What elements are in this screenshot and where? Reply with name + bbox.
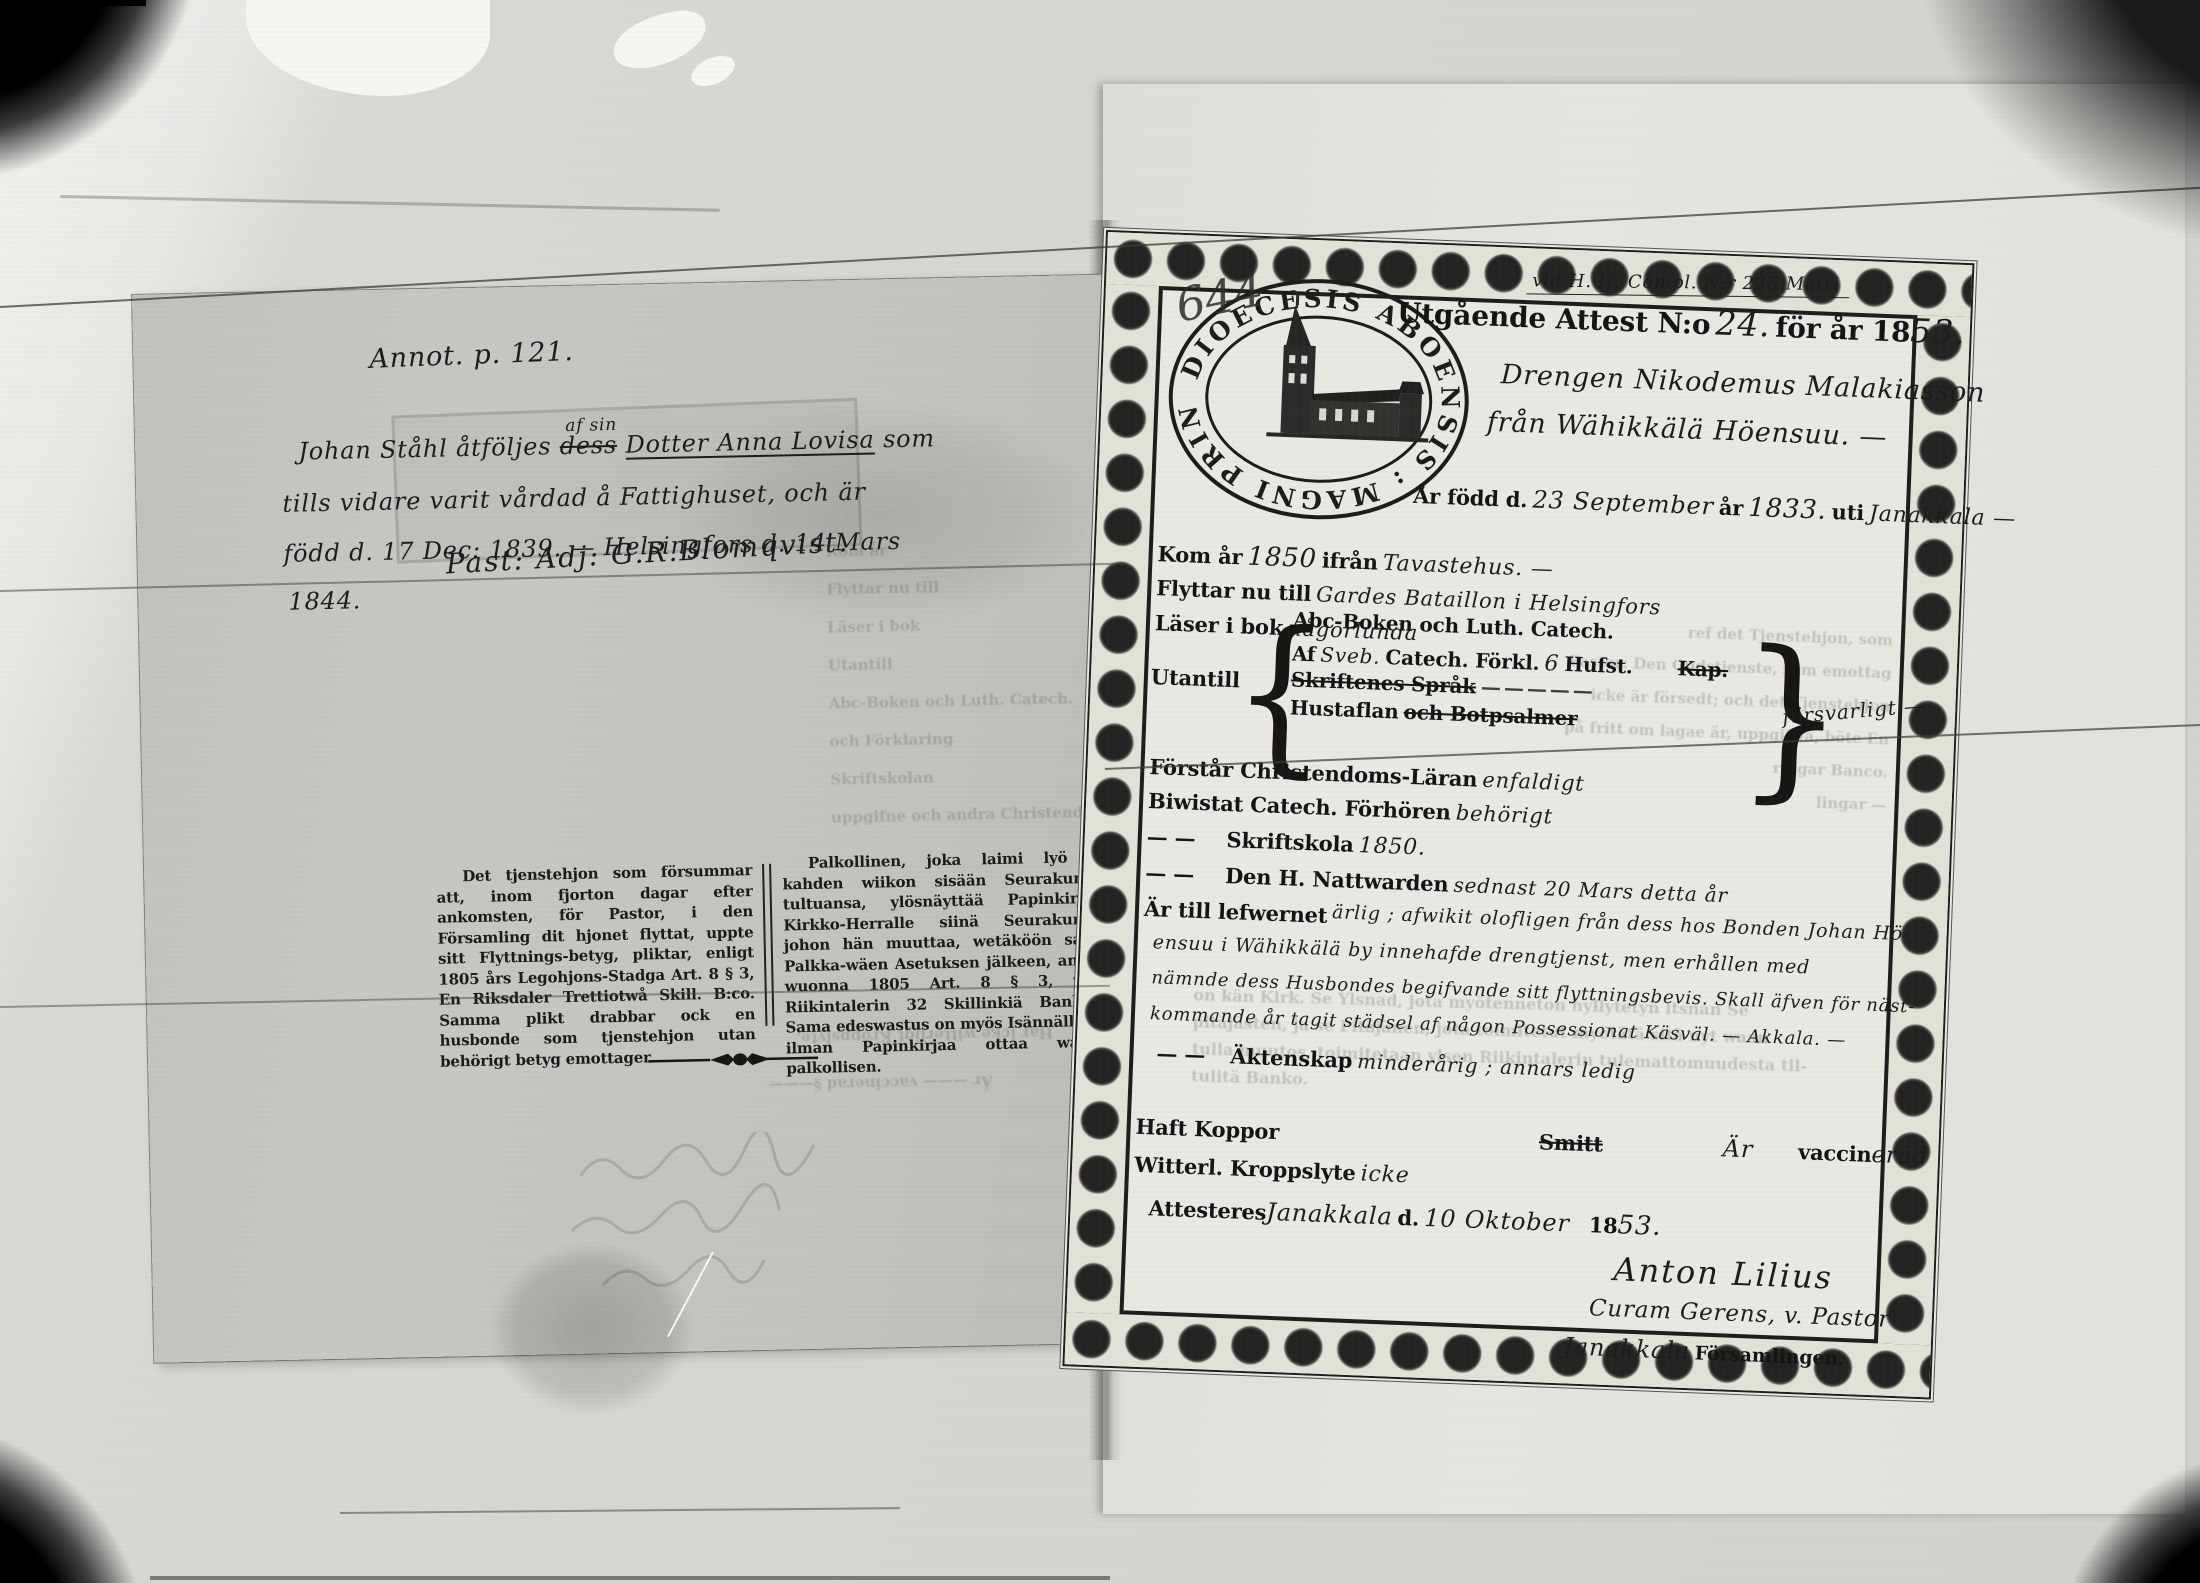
koppor-label: Haft Koppor [1135,1114,1279,1144]
attesteres-place: Janakkala [1266,1198,1393,1231]
born-year: 1833. [1748,493,1828,526]
person-line-2: från Wähikkälä Höensuu. — [1486,407,1888,453]
bleed-line: Utantill [828,650,1119,694]
bleed-line: och Förklaring [829,726,1120,770]
bleed-line: uppgifne och andra Christend. [831,802,1122,846]
kroppslyte-value: icke [1360,1161,1410,1188]
aktenskap-dashes: — — [1156,1040,1206,1067]
vaccin-pre: Är [1722,1134,1753,1163]
kroppslyte-line: Witterl. Kroppslyte icke [1134,1152,1410,1189]
bleed-line: Abc-Boken och Luth. Catech. [829,688,1120,732]
kom-label: Kom år [1157,541,1243,569]
utantill-label: Utantill [1150,664,1240,692]
lefwernet-hw-1: ärlig ; afwikit olofligen från dess hos … [1332,901,1911,945]
kom-year: 1850 [1247,542,1317,575]
bleed-line: Flyttar nu till [826,574,1117,618]
ut4-pre: Hustaflan [1289,695,1399,723]
nattward-value: sednast 20 Mars detta år [1453,873,1728,908]
attesteres-label: Attesteres [1148,1195,1267,1225]
page-bottom-shadow [150,1576,1110,1580]
ornament-divider [648,1049,818,1071]
header-annotation: vid H. H. Compl. N:r 225 Matti [1526,270,1849,298]
signature-parish: Församlingen. [1694,1342,1844,1370]
skriftskola-value: 1850. [1358,833,1426,861]
attesteres-date: 10 Oktober [1424,1204,1570,1238]
bleedthrough-form-labels: Kom årFlyttar nu tillLäser i bokUtantill… [825,536,1121,846]
torn-spot-small [687,50,740,92]
note-line-4: 1844. [288,586,361,616]
lefwernet-label: Är till lefwernet [1144,896,1328,928]
attesteres-pre: 18 [1588,1212,1618,1238]
born-label-2: år [1718,495,1743,521]
kom-mid: ifrån [1321,547,1378,574]
kroppslyte-label: Witterl. Kroppslyte [1134,1152,1356,1185]
biwistat-value: behörigt [1455,801,1553,829]
skriftskola-label: Skriftskola [1226,827,1354,857]
born-day: 23 September [1532,486,1714,521]
skriftskola-line: — — Skriftskola 1850. [1146,824,1426,861]
note-line1-post: som [883,424,936,453]
statute-swedish-text: Det tjenstehjon som försummar att, inom … [436,860,756,1072]
aktenskap-label: Äktenskap [1230,1043,1353,1073]
bleed-line: Läser i bok [827,612,1118,656]
smitt-label-struck: Smitt [1539,1129,1604,1156]
ut2-handwritten-count: 6 [1544,651,1560,677]
nattward-label: Den H. Nattwarden [1225,863,1449,897]
attesteres-year: 53. [1617,1210,1662,1242]
kom-place: Tavastehus. — [1382,551,1554,583]
bleedthrough-vaccinerad: Är ——— vaccinerad §——— [769,1072,993,1095]
signature-title: Curam Gerens, v. Pastor [1589,1295,1891,1333]
attest-number: 24. [1715,303,1771,344]
bleed-line: Skriftskolan [830,764,1121,808]
signature-place: Janakkala [1563,1332,1690,1365]
skriftskola-dashes: — — [1146,824,1196,851]
scratch-line-5 [340,1507,900,1514]
attesteres-d: d. [1397,1205,1420,1231]
ut2-hufst: Hufst. [1564,652,1633,679]
biwistat-line: Biwistat Catech. Förhören behörigt [1148,788,1554,829]
born-label-1: År född d. [1413,483,1528,512]
nattward-dashes: — — [1145,860,1195,887]
attest-year: 53. [1910,311,1966,352]
note-line1-pre: Johan Ståhl åtföljes [298,432,552,465]
microfilm-photo: Annot. p. 121. Johan Ståhl åtföljes af s… [0,0,2200,1583]
column-divider [762,864,774,1026]
born-place: Janakkala — [1869,501,2017,532]
signature-name: Anton Lilius [1613,1250,1834,1296]
born-label-3: uti [1831,499,1864,525]
ut2-pre: Af [1291,641,1315,666]
torn-edge [246,0,490,96]
biwistat-label: Biwistat Catech. Förhören [1148,788,1452,825]
ut2-kap-struck: Kap. [1677,656,1728,682]
crease-line [60,195,720,212]
bleed-line: Kom år [825,536,1116,580]
title-mid: för år 18 [1775,311,1911,349]
ut3-rule: ————— [1481,675,1597,703]
ut2-handwritten-book: Sveb. [1320,642,1381,668]
statute-swedish: Det tjenstehjon som försummar att, inom … [436,860,756,1072]
annotation-page-ref: Annot. p. 121. [369,336,574,375]
film-edge-mark [58,0,146,6]
forstar-value: enfaldigt [1482,768,1585,796]
attest-form: DIOECESIS ABOENSIS : MAGNI PRINC : FINL … [1065,232,1973,1397]
note-line1-name: Dotter Anna Lovisa [625,425,875,458]
vaccin-handwritten-suffix: erad [1871,1142,1928,1170]
left-page: Annot. p. 121. Johan Ståhl åtföljes af s… [132,275,1127,1363]
attesteres-line: AttesteresJanakkala d. 10 Oktober 1853. [1148,1192,1662,1242]
ut2-mid: Catech. Förkl. [1385,645,1540,675]
vaccin-label: vaccin [1798,1139,1872,1167]
note-line1-insert: af sin [565,415,617,436]
